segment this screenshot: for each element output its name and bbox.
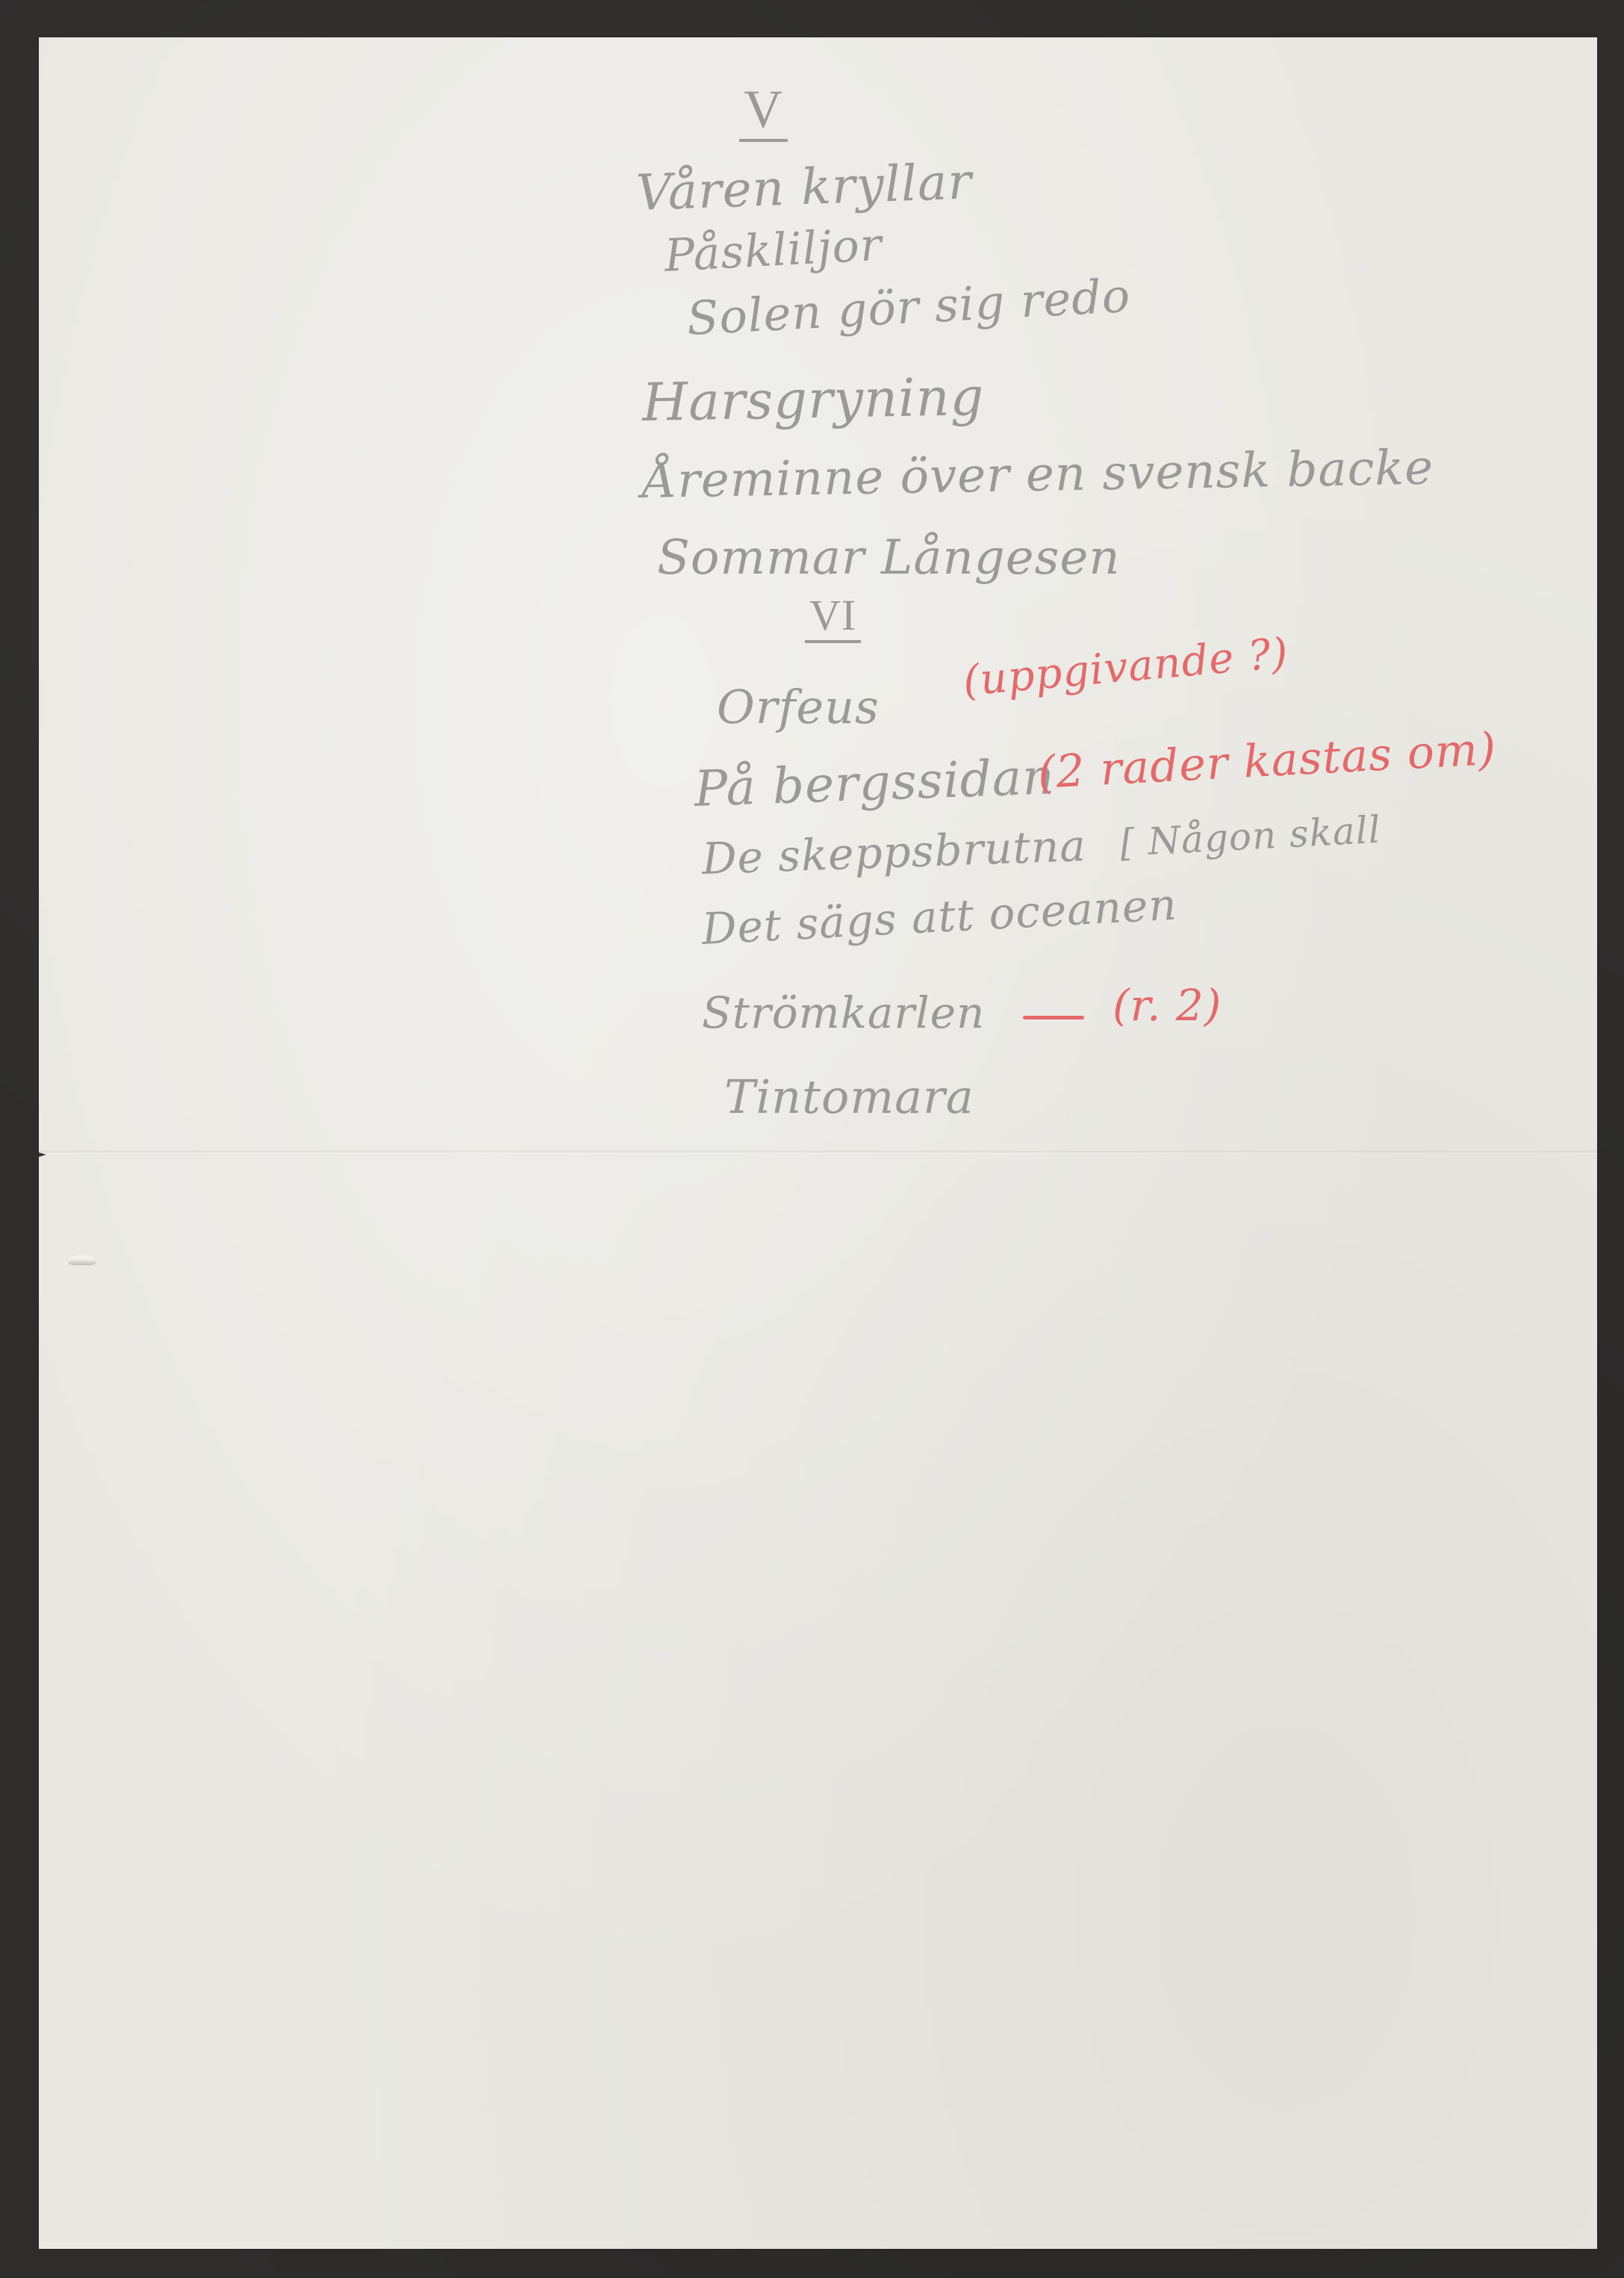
fold-line bbox=[39, 1150, 1597, 1155]
list-item: På bergssidan bbox=[694, 748, 1056, 818]
red-dash bbox=[1023, 1016, 1084, 1019]
annotation-note: (2 rader kastas om) bbox=[1036, 723, 1498, 799]
list-item: Påskliljor bbox=[663, 219, 883, 282]
aside-note: [ Någon skall bbox=[1119, 808, 1381, 865]
section-numeral-v: V bbox=[739, 82, 788, 142]
list-item: Strömkarlen bbox=[702, 987, 985, 1038]
section-numeral-vi: VI bbox=[805, 594, 861, 643]
edge-tear-mark bbox=[69, 1255, 96, 1265]
list-item: Åreminne över en svensk backe bbox=[641, 441, 1434, 509]
list-item: Det sägs att oceanen bbox=[700, 879, 1178, 955]
list-item: Solen gör sig redo bbox=[685, 268, 1132, 346]
list-item: Tintomara bbox=[724, 1070, 974, 1124]
list-item: Orfeus bbox=[717, 680, 880, 734]
manuscript-page: V Våren kryllar Påskliljor Solen gör sig… bbox=[39, 37, 1597, 2249]
list-item: De skeppsbrutna bbox=[701, 820, 1087, 884]
list-item: Våren kryllar bbox=[635, 152, 973, 222]
list-item: Harsgryning bbox=[641, 366, 985, 433]
annotation-note: (uppgivande ?) bbox=[961, 629, 1290, 706]
list-item: Sommar Långesen bbox=[657, 530, 1121, 586]
annotation-note: (r. 2) bbox=[1113, 980, 1222, 1031]
